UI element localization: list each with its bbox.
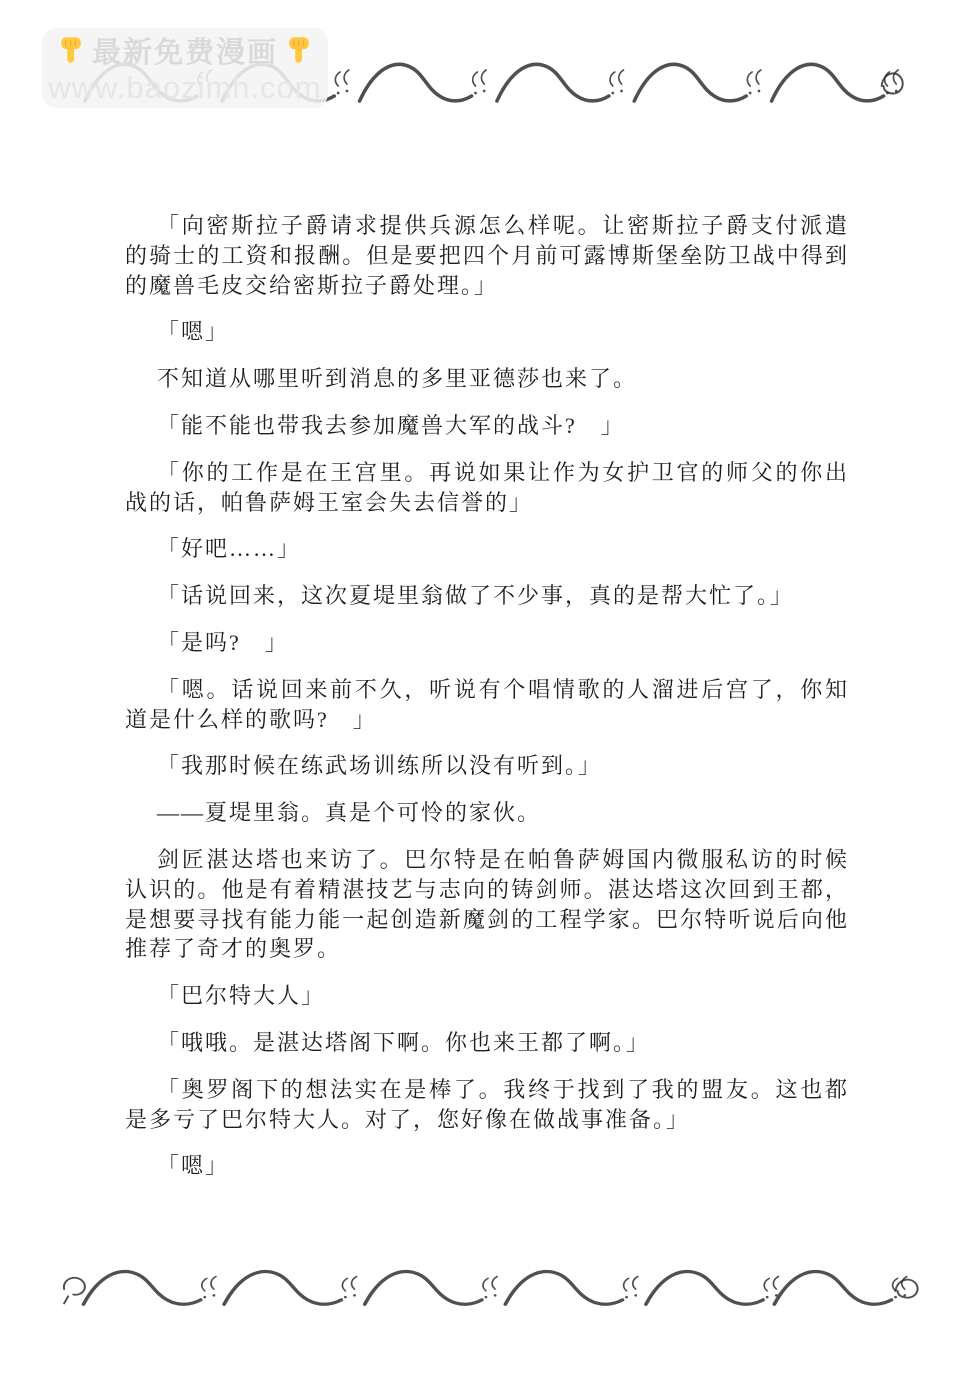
novel-paragraph: 「我那时候在练武场训练所以没有听到。」 — [125, 751, 849, 781]
pointing-down-hand-icon — [56, 33, 86, 67]
pointing-down-hand-icon — [284, 33, 314, 67]
novel-paragraph: 剑匠湛达塔也来访了。巴尔特是在帕鲁萨姆国内微服私访的时候认识的。他是有着精湛技艺… — [125, 845, 849, 964]
watermark-badge: 最新免费漫画 www.baozimh.com — [42, 28, 328, 108]
watermark-title: 最新免费漫画 — [92, 30, 278, 71]
novel-paragraph: 「嗯」 — [125, 1151, 849, 1181]
novel-paragraph: 「是吗? 」 — [125, 628, 849, 658]
watermark-url: www.baozimh.com — [28, 70, 342, 106]
novel-paragraph: 「奥罗阁下的想法实在是棒了。我终于找到了我的盟友。这也都是多亏了巴尔特大人。对了… — [125, 1075, 849, 1135]
novel-text: 「向密斯拉子爵请求提供兵源怎么样呢。让密斯拉子爵支付派遣的骑士的工资和报酬。但是… — [125, 211, 849, 1198]
novel-paragraph: 「你的工作是在王宫里。再说如果让作为女护卫官的师父的你出战的话，帕鲁萨姆王室会失… — [125, 458, 849, 518]
novel-paragraph: 「好吧……」 — [125, 534, 849, 564]
novel-paragraph: 不知道从哪里听到消息的多里亚德莎也来了。 — [125, 364, 849, 394]
novel-paragraph: 「嗯」 — [125, 317, 849, 347]
novel-paragraph: 「哦哦。是湛达塔阁下啊。你也来王都了啊。」 — [125, 1028, 849, 1058]
bottom-flourish-divider — [58, 1264, 920, 1316]
watermark-title-row: 最新免费漫画 — [42, 29, 328, 71]
novel-paragraph: 「话说回来，这次夏堤里翁做了不少事，真的是帮大忙了。」 — [125, 581, 849, 611]
novel-paragraph: 「能不能也带我去参加魔兽大军的战斗? 」 — [125, 411, 849, 441]
novel-paragraph: 「嗯。话说回来前不久，听说有个唱情歌的人溜进后宫了，你知道是什么样的歌吗? 」 — [125, 675, 849, 735]
novel-paragraph: 「巴尔特大人」 — [125, 981, 849, 1011]
novel-paragraph: 「向密斯拉子爵请求提供兵源怎么样呢。让密斯拉子爵支付派遣的骑士的工资和报酬。但是… — [125, 211, 849, 300]
novel-paragraph: ——夏堤里翁。真是个可怜的家伙。 — [125, 798, 849, 828]
novel-page: 最新免费漫画 www.baozimh.com 「向密斯拉子爵请求提供兵源怎么样呢… — [0, 0, 972, 1374]
